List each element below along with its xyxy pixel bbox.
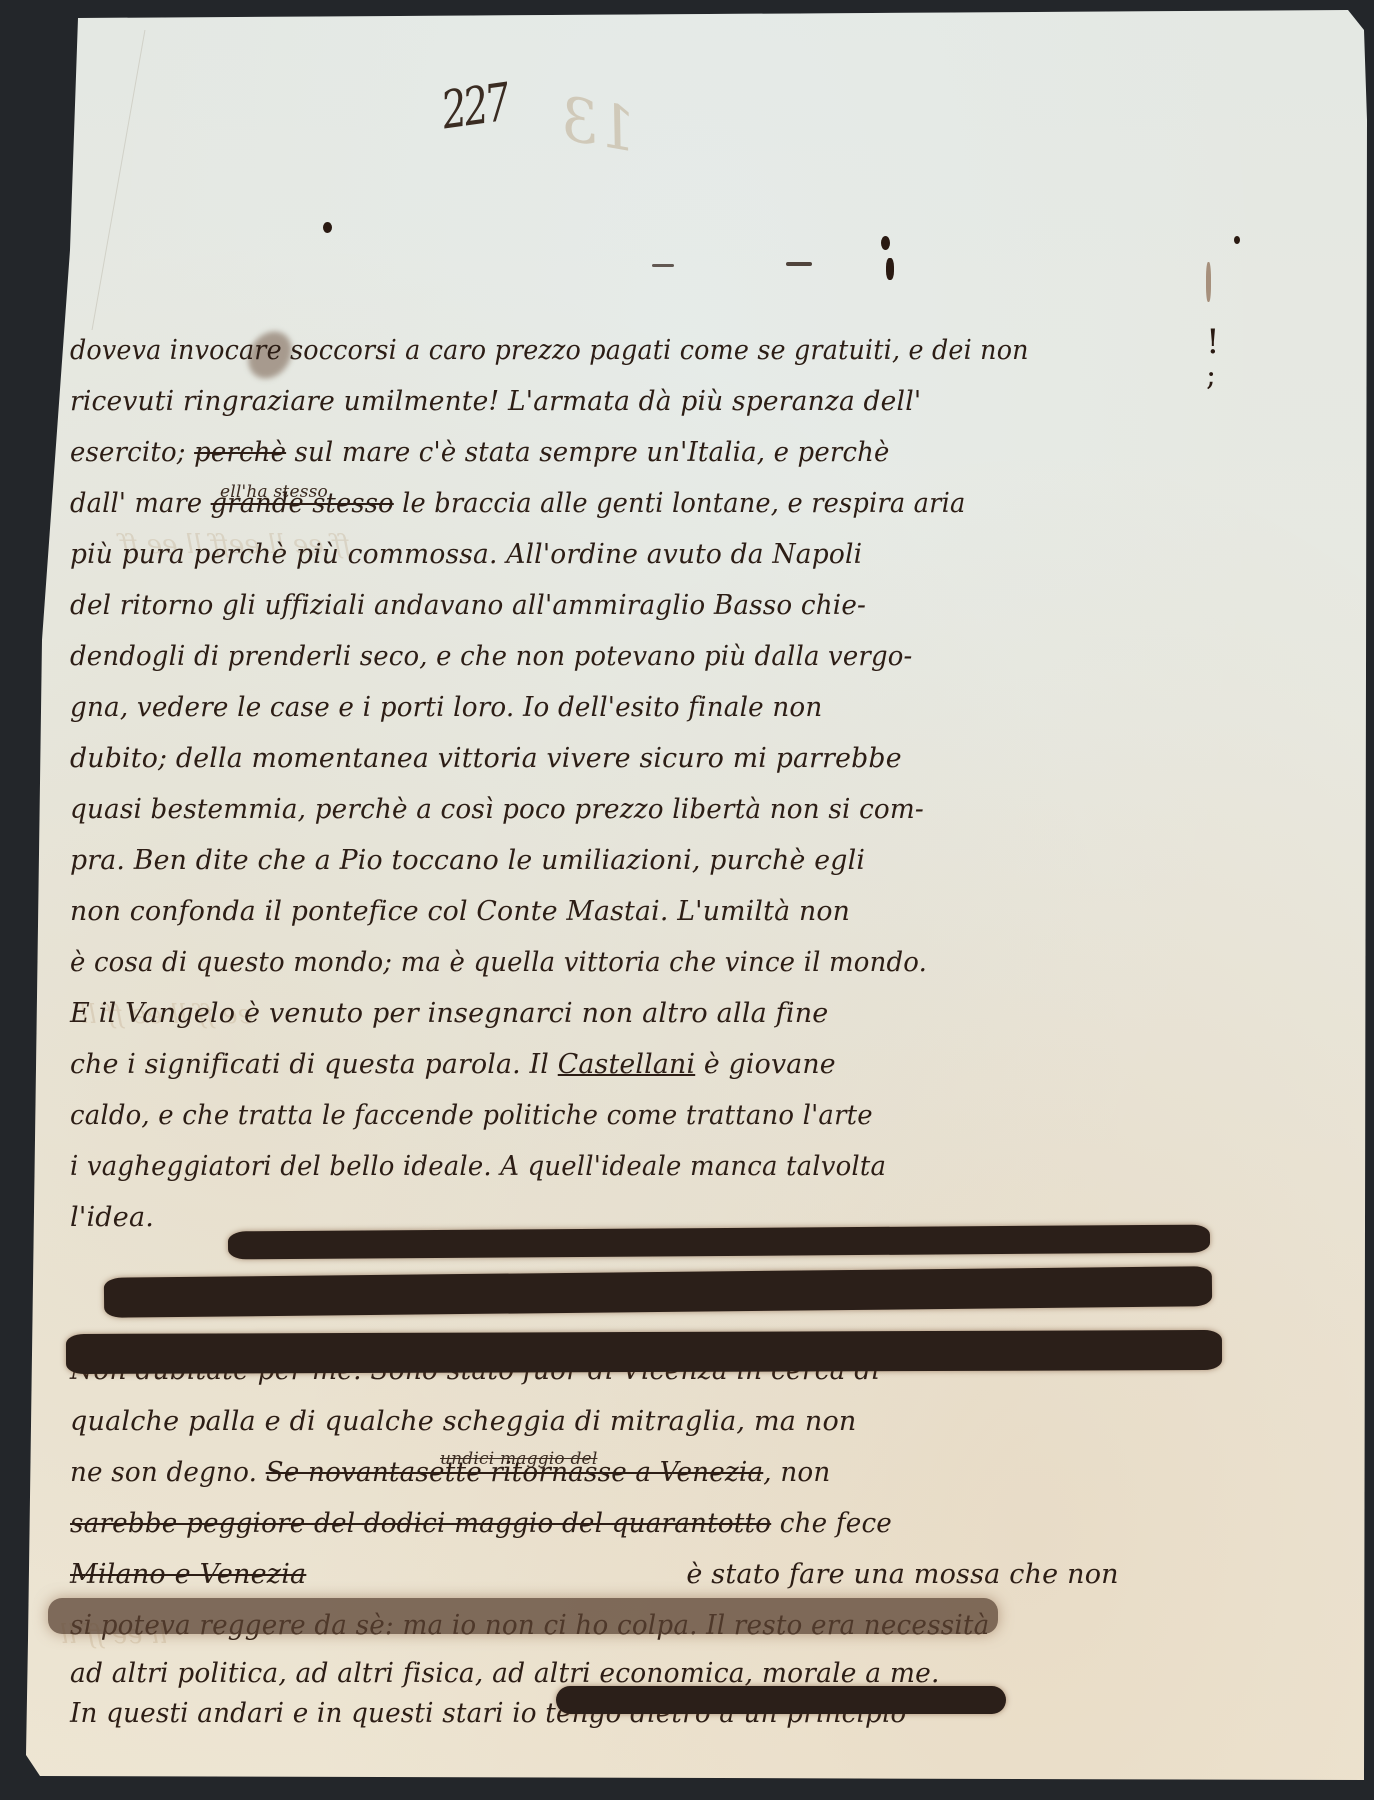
line-text: è cosa di questo mondo; ma è quella vitt… xyxy=(70,940,927,986)
manuscript-body: doveva invocare soccorsi a caro prezzo p… xyxy=(70,328,1300,1739)
struck-text: sarebbe peggiore del dodici maggio del q… xyxy=(70,1508,771,1539)
text-line: ell'ha stesso dall' mare grande stesso l… xyxy=(70,481,1300,527)
text-line: pra. Ben dite che a Pio toccano le umili… xyxy=(70,838,1300,884)
text-line: dendogli di prenderli seco, e che non po… xyxy=(70,634,1300,680)
text-line: qualche palla e di qualche scheggia di m… xyxy=(70,1399,1300,1445)
text-line: undici maggio del ne son degno. Se novan… xyxy=(70,1450,1300,1496)
ghost-page-number: 13 xyxy=(555,84,642,166)
text-line: doveva invocare soccorsi a caro prezzo p… xyxy=(70,328,1300,374)
ink-spot xyxy=(881,236,890,250)
text-line: i vagheggiatori del bello ideale. A quel… xyxy=(70,1144,1300,1190)
ink-smear xyxy=(1206,262,1211,302)
page-number: 227 xyxy=(438,73,511,142)
line-text: ne son degno. xyxy=(70,1457,266,1488)
text-line: è cosa di questo mondo; ma è quella vitt… xyxy=(70,940,1300,986)
text-line: ricevuti ringraziare umilmente! L'armata… xyxy=(70,379,1300,425)
text-line: gna, vedere le case e i porti loro. Io d… xyxy=(70,685,1300,731)
text-line: Milano e Veneziaè stato fare una mossa c… xyxy=(70,1552,1300,1598)
line-text: più pura perchè più commossa. All'ordine… xyxy=(70,532,862,578)
line-text: gna, vedere le case e i porti loro. Io d… xyxy=(70,685,822,731)
line-text: doveva invocare soccorsi a caro prezzo p… xyxy=(70,328,1029,374)
line-text: dendogli di prenderli seco, e che non po… xyxy=(70,634,913,680)
struck-text: Se novantasette ritornasse a Venezia xyxy=(266,1457,764,1488)
text-line: caldo, e che tratta le faccende politich… xyxy=(70,1093,1300,1139)
line-text: pra. Ben dite che a Pio toccano le umili… xyxy=(70,838,865,884)
line-text: non confonda il pontefice col Conte Mast… xyxy=(70,889,850,935)
redaction-bar xyxy=(556,1686,1006,1714)
line-text: , non xyxy=(763,1457,830,1488)
line-text: sul mare c'è stata sempre un'Italia, e p… xyxy=(286,437,889,468)
line-text: le braccia alle genti lontane, e respira… xyxy=(394,488,966,519)
struck-text: perchè xyxy=(194,437,286,468)
line-text: i vagheggiatori del bello ideale. A quel… xyxy=(70,1144,886,1190)
ink-spot xyxy=(1234,236,1240,244)
line-text: del ritorno gli uffiziali andavano all'a… xyxy=(70,583,866,629)
ink-drip xyxy=(886,258,894,280)
line-text: dubito; della momentanea vittoria vivere… xyxy=(70,736,902,782)
struck-text: Milano e Venezia xyxy=(70,1559,306,1590)
text-line: che i significati di questa parola. Il C… xyxy=(70,1042,1300,1088)
line-text: che i significati di questa parola. Il xyxy=(70,1049,558,1080)
line-text: è giovane xyxy=(695,1049,836,1080)
ink-spot xyxy=(323,222,332,233)
line-text: dall' mare xyxy=(70,488,211,519)
line-text: caldo, e che tratta le faccende politich… xyxy=(70,1093,873,1139)
text-line: del ritorno gli uffiziali andavano all'a… xyxy=(70,583,1300,629)
redaction-bar xyxy=(66,1330,1222,1374)
struck-text: grande stesso xyxy=(211,488,394,519)
ink-dash xyxy=(652,264,674,267)
text-line: E il Vangelo è venuto per insegnarci non… xyxy=(70,991,1300,1037)
text-line: più pura perchè più commossa. All'ordine… xyxy=(70,532,1300,578)
text-line: non confonda il pontefice col Conte Mast… xyxy=(70,889,1300,935)
ink-dash xyxy=(786,262,812,266)
line-text: quasi bestemmia, perchè a così poco prez… xyxy=(70,787,924,833)
underlined-name: Castellani xyxy=(558,1049,695,1080)
line-text: ricevuti ringraziare umilmente! L'armata… xyxy=(70,379,921,425)
text-line: dubito; della momentanea vittoria vivere… xyxy=(70,736,1300,782)
line-text: è stato fare una mossa che non xyxy=(686,1559,1118,1590)
line-text: esercito; xyxy=(70,437,194,468)
text-line: sarebbe peggiore del dodici maggio del q… xyxy=(70,1501,1300,1547)
line-text: E il Vangelo è venuto per insegnarci non… xyxy=(70,991,828,1037)
scan-background: ff ee ll eeff ll ee ff ee ff ll ee ff ll… xyxy=(0,0,1374,1800)
text-line: quasi bestemmia, perchè a così poco prez… xyxy=(70,787,1300,833)
line-text: che fece xyxy=(771,1508,892,1539)
redaction-smear xyxy=(48,1598,998,1634)
line-text: l'idea. xyxy=(70,1195,154,1241)
